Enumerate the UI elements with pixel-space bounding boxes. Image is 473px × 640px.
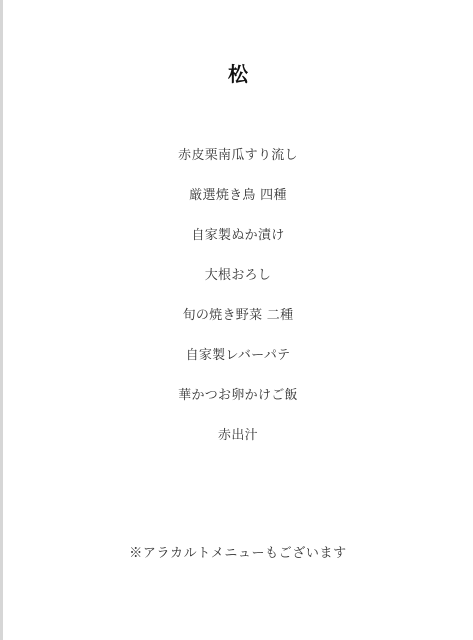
course-title: 松 — [3, 60, 473, 88]
menu-item: 大根おろし — [3, 264, 473, 288]
menu-item: 厳選焼き鳥 四種 — [3, 184, 473, 208]
menu-item: 自家製レバーパテ — [3, 344, 473, 368]
menu-item: 赤皮栗南瓜すり流し — [3, 144, 473, 168]
menu-item: 自家製ぬか漬け — [3, 224, 473, 248]
menu-item: 旬の焼き野菜 二種 — [3, 304, 473, 328]
menu-page: 松 赤皮栗南瓜すり流し 厳選焼き鳥 四種 自家製ぬか漬け 大根おろし 旬の焼き野… — [3, 0, 473, 640]
course-menu-list: 赤皮栗南瓜すり流し 厳選焼き鳥 四種 自家製ぬか漬け 大根おろし 旬の焼き野菜 … — [3, 144, 473, 464]
menu-item: 華かつお卵かけご飯 — [3, 384, 473, 408]
a-la-carte-note: ※アラカルトメニューもございます — [3, 542, 473, 566]
menu-item: 赤出汁 — [3, 424, 473, 448]
